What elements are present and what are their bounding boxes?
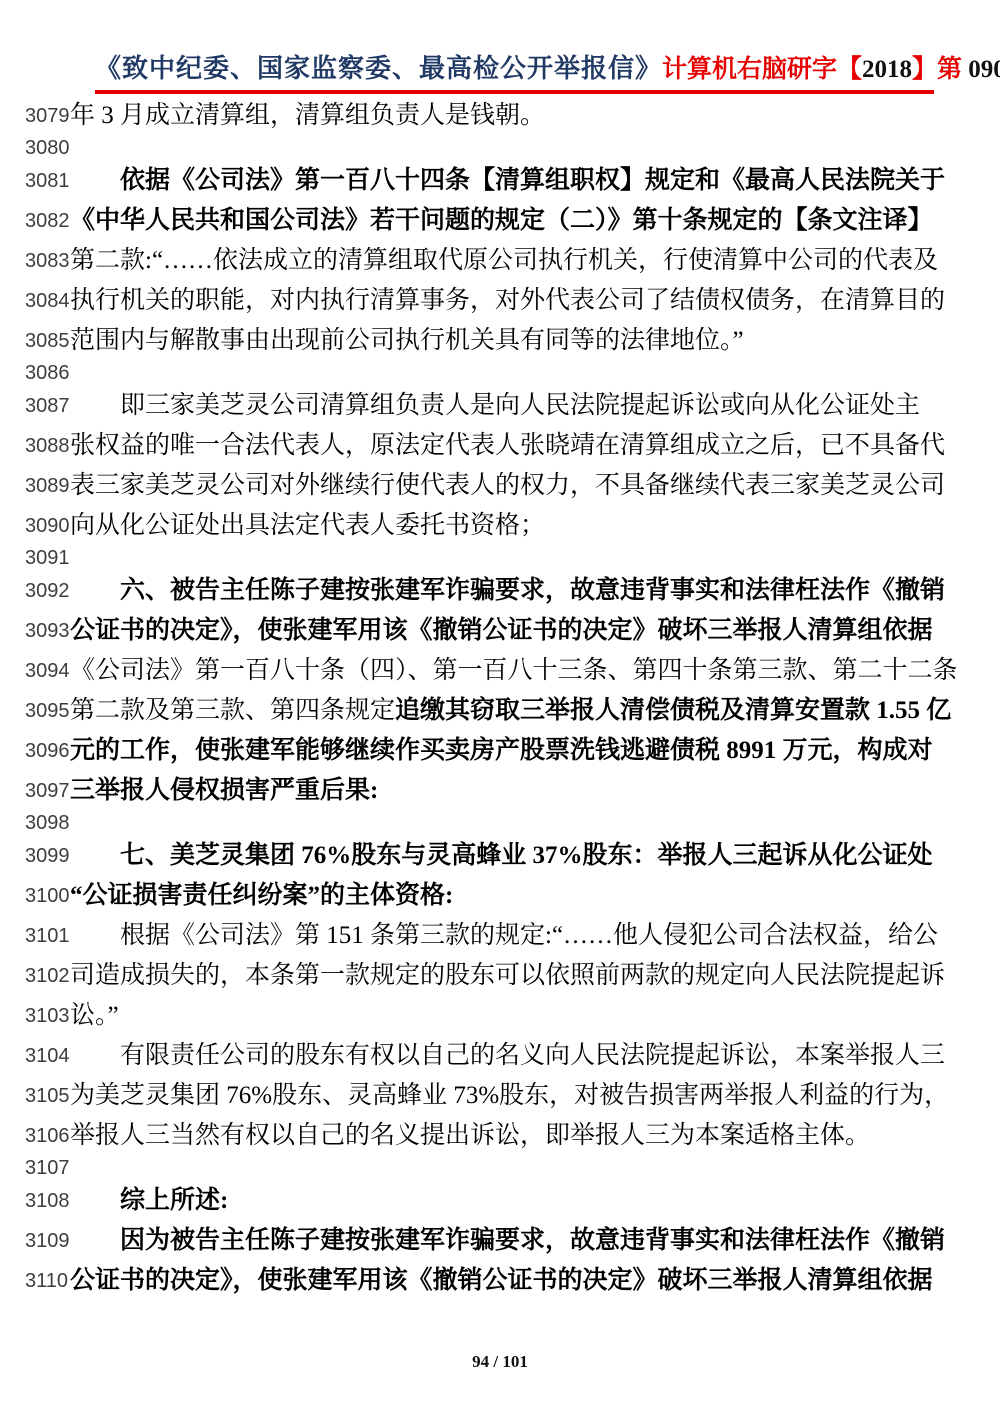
document-line: 3085范围内与解散事由出现前公司执行机关具有同等的法律地位。” bbox=[0, 321, 1000, 361]
line-number: 3093 bbox=[0, 611, 70, 651]
line-text-segment: 年 3 月成立清算组，清算组负责人是钱朝。 bbox=[70, 102, 545, 129]
document-line: 3092六、被告主任陈子建按张建军诈骗要求，故意违背事实和法律枉法作《撤销 bbox=[0, 571, 1000, 611]
line-text: 公证书的决定》，使张建军用该《撤销公证书的决定》破坏三举报人清算组依据 bbox=[70, 611, 1000, 651]
line-text-segment: 第二款及第三款、第四条规定 bbox=[70, 697, 395, 724]
line-text-segment: 举报人三当然有权以自己的名义提出诉讼，即举报人三为本案适格主体。 bbox=[70, 1122, 870, 1149]
line-number: 3102 bbox=[0, 956, 70, 996]
line-text-segment: 向从化公证处出具法定代表人委托书资格； bbox=[70, 512, 545, 539]
line-text: 表三家美芝灵公司对外继续行使代表人的权力，不具备继续代表三家美芝灵公司 bbox=[70, 466, 1000, 506]
line-text-bold-segment: 公证书的决定》，使张建军用该《撤销公证书的决定》破坏三举报人清算组依据 bbox=[70, 1267, 933, 1294]
document-number: 计算机右脑研字【2018】第 0904 号 bbox=[662, 49, 1000, 85]
document-line: 3090向从化公证处出具法定代表人委托书资格； bbox=[0, 506, 1000, 546]
line-text-segment: 《公司法》第一百八十条（四）、第一百八十三条、第四十条第三款、第二十二条 bbox=[70, 657, 958, 684]
line-text-bold-segment: 三举报人侵权损害严重后果: bbox=[70, 777, 378, 804]
line-text-segment: 表三家美芝灵公司对外继续行使代表人的权力，不具备继续代表三家美芝灵公司 bbox=[70, 472, 945, 499]
document-line: 3099七、美芝灵集团 76%股东与灵高蜂业 37%股东：举报人三起诉从化公证处 bbox=[0, 836, 1000, 876]
line-text: 依据《公司法》第一百八十四条【清算组职权】规定和《最高人民法院关于 bbox=[70, 161, 1000, 201]
document-line: 3096元的工作，使张建军能够继续作买卖房产股票洗钱逃避债税 8991 万元，构… bbox=[0, 731, 1000, 771]
document-line: 3093公证书的决定》，使张建军用该《撤销公证书的决定》破坏三举报人清算组依据 bbox=[0, 611, 1000, 651]
document-line: 3106举报人三当然有权以自己的名义提出诉讼，即举报人三为本案适格主体。 bbox=[0, 1116, 1000, 1156]
line-number: 3107 bbox=[0, 1156, 70, 1181]
line-text: 第二款:“……依法成立的清算组取代原公司执行机关，行使清算中公司的代表及 bbox=[70, 241, 1000, 281]
line-text-bold-segment: “公证损害责任纠纷案”的主体资格: bbox=[70, 882, 453, 909]
line-text: 因为被告主任陈子建按张建军诈骗要求，故意违背事实和法律枉法作《撤销 bbox=[70, 1221, 1000, 1261]
document-line: 3081依据《公司法》第一百八十四条【清算组职权】规定和《最高人民法院关于 bbox=[0, 161, 1000, 201]
line-text-segment: 为美芝灵集团 76%股东、灵高蜂业 73%股东，对被告损害两举报人利益的行为， bbox=[70, 1082, 949, 1109]
line-text: 向从化公证处出具法定代表人委托书资格； bbox=[70, 506, 1000, 546]
line-number: 3110 bbox=[0, 1261, 70, 1301]
line-number: 3100 bbox=[0, 876, 70, 916]
document-line: 3089表三家美芝灵公司对外继续行使代表人的权力，不具备继续代表三家美芝灵公司 bbox=[0, 466, 1000, 506]
document-line: 3083第二款:“……依法成立的清算组取代原公司执行机关，行使清算中公司的代表及 bbox=[0, 241, 1000, 281]
document-line: 3105为美芝灵集团 76%股东、灵高蜂业 73%股东，对被告损害两举报人利益的… bbox=[0, 1076, 1000, 1116]
line-text: 公证书的决定》，使张建军用该《撤销公证书的决定》破坏三举报人清算组依据 bbox=[70, 1261, 1000, 1301]
line-text: 七、美芝灵集团 76%股东与灵高蜂业 37%股东：举报人三起诉从化公证处 bbox=[70, 836, 1000, 876]
line-number: 3104 bbox=[0, 1036, 70, 1076]
line-text-bold-segment: 依据《公司法》第一百八十四条【清算组职权】规定和《最高人民法院关于 bbox=[120, 167, 945, 194]
line-text-bold-segment: 综上所述: bbox=[120, 1187, 228, 1214]
line-number: 3108 bbox=[0, 1181, 70, 1221]
line-number: 3079 bbox=[0, 96, 70, 136]
document-line: 3082《中华人民共和国公司法》若干问题的规定（二）》第十条规定的【条文注译】 bbox=[0, 201, 1000, 241]
line-number: 3099 bbox=[0, 836, 70, 876]
line-number: 3105 bbox=[0, 1076, 70, 1116]
line-text: 三举报人侵权损害严重后果: bbox=[70, 771, 1000, 811]
line-number: 3097 bbox=[0, 771, 70, 811]
line-text: 执行机关的职能，对内执行清算事务，对外代表公司了结债权债务，在清算目的 bbox=[70, 281, 1000, 321]
line-text: “公证损害责任纠纷案”的主体资格: bbox=[70, 876, 1000, 916]
document-line: 3086 bbox=[0, 361, 1000, 386]
document-page: 《致中纪委、国家监察委、最高检公开举报信》 计算机右脑研字【2018】第 090… bbox=[0, 0, 1000, 1413]
document-line: 3103讼。” bbox=[0, 996, 1000, 1036]
line-number: 3088 bbox=[0, 426, 70, 466]
document-line: 3091 bbox=[0, 546, 1000, 571]
line-number: 3081 bbox=[0, 161, 70, 201]
line-text: 年 3 月成立清算组，清算组负责人是钱朝。 bbox=[70, 96, 1000, 136]
line-text: 讼。” bbox=[70, 996, 1000, 1036]
line-number: 3103 bbox=[0, 996, 70, 1036]
line-text: 六、被告主任陈子建按张建军诈骗要求，故意违背事实和法律枉法作《撤销 bbox=[70, 571, 1000, 611]
line-text-bold-segment: 追缴其窃取三举报人清偿债税及清算安置款 1.55 亿 bbox=[395, 697, 951, 724]
document-line: 3108综上所述: bbox=[0, 1181, 1000, 1221]
line-text: 即三家美芝灵公司清算组负责人是向人民法院提起诉讼或向从化公证处主 bbox=[70, 386, 1000, 426]
line-number: 3085 bbox=[0, 321, 70, 361]
line-text: 元的工作，使张建军能够继续作买卖房产股票洗钱逃避债税 8991 万元，构成对 bbox=[70, 731, 1000, 771]
document-line: 3097三举报人侵权损害严重后果: bbox=[0, 771, 1000, 811]
document-line: 3101根据《公司法》第 151 条第三款的规定:“……他人侵犯公司合法权益，给… bbox=[0, 916, 1000, 956]
report-letter-title: 《致中纪委、国家监察委、最高检公开举报信》 bbox=[95, 48, 662, 85]
line-text: 为美芝灵集团 76%股东、灵高蜂业 73%股东，对被告损害两举报人利益的行为， bbox=[70, 1076, 1000, 1116]
line-number: 3094 bbox=[0, 651, 70, 691]
line-text-segment: 张权益的唯一合法代表人，原法定代表人张晓靖在清算组成立之后，已不具备代 bbox=[70, 432, 945, 459]
document-line: 3095第二款及第三款、第四条规定追缴其窃取三举报人清偿债税及清算安置款 1.5… bbox=[0, 691, 1000, 731]
line-text-segment: 第二款:“……依法成立的清算组取代原公司执行机关，行使清算中公司的代表及 bbox=[70, 247, 938, 274]
document-line: 3107 bbox=[0, 1156, 1000, 1181]
page-number-indicator: 94 / 101 bbox=[0, 1352, 1000, 1372]
document-line: 3104有限责任公司的股东有权以自己的名义向人民法院提起诉讼，本案举报人三 bbox=[0, 1036, 1000, 1076]
line-text-segment: 讼。” bbox=[70, 1002, 119, 1029]
line-text: 张权益的唯一合法代表人，原法定代表人张晓靖在清算组成立之后，已不具备代 bbox=[70, 426, 1000, 466]
line-text: 根据《公司法》第 151 条第三款的规定:“……他人侵犯公司合法权益，给公 bbox=[70, 916, 1000, 956]
document-line: 3094《公司法》第一百八十条（四）、第一百八十三条、第四十条第三款、第二十二条 bbox=[0, 651, 1000, 691]
line-number: 3092 bbox=[0, 571, 70, 611]
line-text bbox=[70, 136, 1000, 161]
document-line: 3084执行机关的职能，对内执行清算事务，对外代表公司了结债权债务，在清算目的 bbox=[0, 281, 1000, 321]
line-text-segment: 司造成损失的，本条第一款规定的股东可以依照前两款的规定向人民法院提起诉 bbox=[70, 962, 945, 989]
document-line: 3109因为被告主任陈子建按张建军诈骗要求，故意违背事实和法律枉法作《撤销 bbox=[0, 1221, 1000, 1261]
document-line: 3102司造成损失的，本条第一款规定的股东可以依照前两款的规定向人民法院提起诉 bbox=[0, 956, 1000, 996]
line-text-segment: 即三家美芝灵公司清算组负责人是向人民法院提起诉讼或向从化公证处主 bbox=[120, 392, 920, 419]
line-text bbox=[70, 361, 1000, 386]
document-number-segment: 2018 bbox=[862, 56, 912, 83]
line-text-bold-segment: 《中华人民共和国公司法》若干问题的规定（二）》第十条规定的【条文注译】 bbox=[70, 207, 933, 234]
line-number: 3109 bbox=[0, 1221, 70, 1261]
line-number: 3096 bbox=[0, 731, 70, 771]
line-text bbox=[70, 546, 1000, 571]
line-number: 3086 bbox=[0, 361, 70, 386]
document-number-segment: 计算机右脑研字【 bbox=[662, 56, 862, 83]
line-text bbox=[70, 811, 1000, 836]
line-text: 《中华人民共和国公司法》若干问题的规定（二）》第十条规定的【条文注译】 bbox=[70, 201, 1000, 241]
line-number: 3089 bbox=[0, 466, 70, 506]
line-text-bold-segment: 七、美芝灵集团 76%股东与灵高蜂业 37%股东：举报人三起诉从化公证处 bbox=[120, 842, 933, 869]
document-line: 3098 bbox=[0, 811, 1000, 836]
line-text: 有限责任公司的股东有权以自己的名义向人民法院提起诉讼，本案举报人三 bbox=[70, 1036, 1000, 1076]
document-line: 3110公证书的决定》，使张建军用该《撤销公证书的决定》破坏三举报人清算组依据 bbox=[0, 1261, 1000, 1301]
line-text bbox=[70, 1156, 1000, 1181]
page-header: 《致中纪委、国家监察委、最高检公开举报信》 计算机右脑研字【2018】第 090… bbox=[95, 48, 934, 94]
line-number: 3084 bbox=[0, 281, 70, 321]
document-line: 3080 bbox=[0, 136, 1000, 161]
line-number: 3083 bbox=[0, 241, 70, 281]
line-text: 综上所述: bbox=[70, 1181, 1000, 1221]
line-text-bold-segment: 六、被告主任陈子建按张建军诈骗要求，故意违背事实和法律枉法作《撤销 bbox=[120, 577, 945, 604]
document-number-segment: 0904 bbox=[968, 56, 1000, 83]
document-line: 3079年 3 月成立清算组，清算组负责人是钱朝。 bbox=[0, 96, 1000, 136]
line-number: 3091 bbox=[0, 546, 70, 571]
line-text-segment: 有限责任公司的股东有权以自己的名义向人民法院提起诉讼，本案举报人三 bbox=[120, 1042, 945, 1069]
document-line: 3087即三家美芝灵公司清算组负责人是向人民法院提起诉讼或向从化公证处主 bbox=[0, 386, 1000, 426]
document-line: 3100“公证损害责任纠纷案”的主体资格: bbox=[0, 876, 1000, 916]
document-line: 3088张权益的唯一合法代表人，原法定代表人张晓靖在清算组成立之后，已不具备代 bbox=[0, 426, 1000, 466]
line-text-bold-segment: 元的工作，使张建军能够继续作买卖房产股票洗钱逃避债税 8991 万元，构成对 bbox=[70, 737, 933, 764]
line-text-segment: 范围内与解散事由出现前公司执行机关具有同等的法律地位。” bbox=[70, 327, 744, 354]
line-number: 3082 bbox=[0, 201, 70, 241]
line-text-segment: 根据《公司法》第 151 条第三款的规定:“……他人侵犯公司合法权益，给公 bbox=[120, 922, 938, 949]
document-lines: 3079年 3 月成立清算组，清算组负责人是钱朝。30803081依据《公司法》… bbox=[0, 96, 1000, 1301]
line-text: 《公司法》第一百八十条（四）、第一百八十三条、第四十条第三款、第二十二条 bbox=[70, 651, 1000, 691]
line-text-bold-segment: 公证书的决定》，使张建军用该《撤销公证书的决定》破坏三举报人清算组依据 bbox=[70, 617, 933, 644]
line-number: 3095 bbox=[0, 691, 70, 731]
line-text: 范围内与解散事由出现前公司执行机关具有同等的法律地位。” bbox=[70, 321, 1000, 361]
line-text: 举报人三当然有权以自己的名义提出诉讼，即举报人三为本案适格主体。 bbox=[70, 1116, 1000, 1156]
line-text-bold-segment: 因为被告主任陈子建按张建军诈骗要求，故意违背事实和法律枉法作《撤销 bbox=[120, 1227, 945, 1254]
line-number: 3080 bbox=[0, 136, 70, 161]
line-text-segment: 执行机关的职能，对内执行清算事务，对外代表公司了结债权债务，在清算目的 bbox=[70, 287, 945, 314]
line-number: 3087 bbox=[0, 386, 70, 426]
line-text: 司造成损失的，本条第一款规定的股东可以依照前两款的规定向人民法院提起诉 bbox=[70, 956, 1000, 996]
line-number: 3101 bbox=[0, 916, 70, 956]
line-number: 3090 bbox=[0, 506, 70, 546]
line-number: 3106 bbox=[0, 1116, 70, 1156]
line-number: 3098 bbox=[0, 811, 70, 836]
document-number-segment: 】第 bbox=[912, 56, 968, 83]
line-text: 第二款及第三款、第四条规定追缴其窃取三举报人清偿债税及清算安置款 1.55 亿 bbox=[70, 691, 1000, 731]
